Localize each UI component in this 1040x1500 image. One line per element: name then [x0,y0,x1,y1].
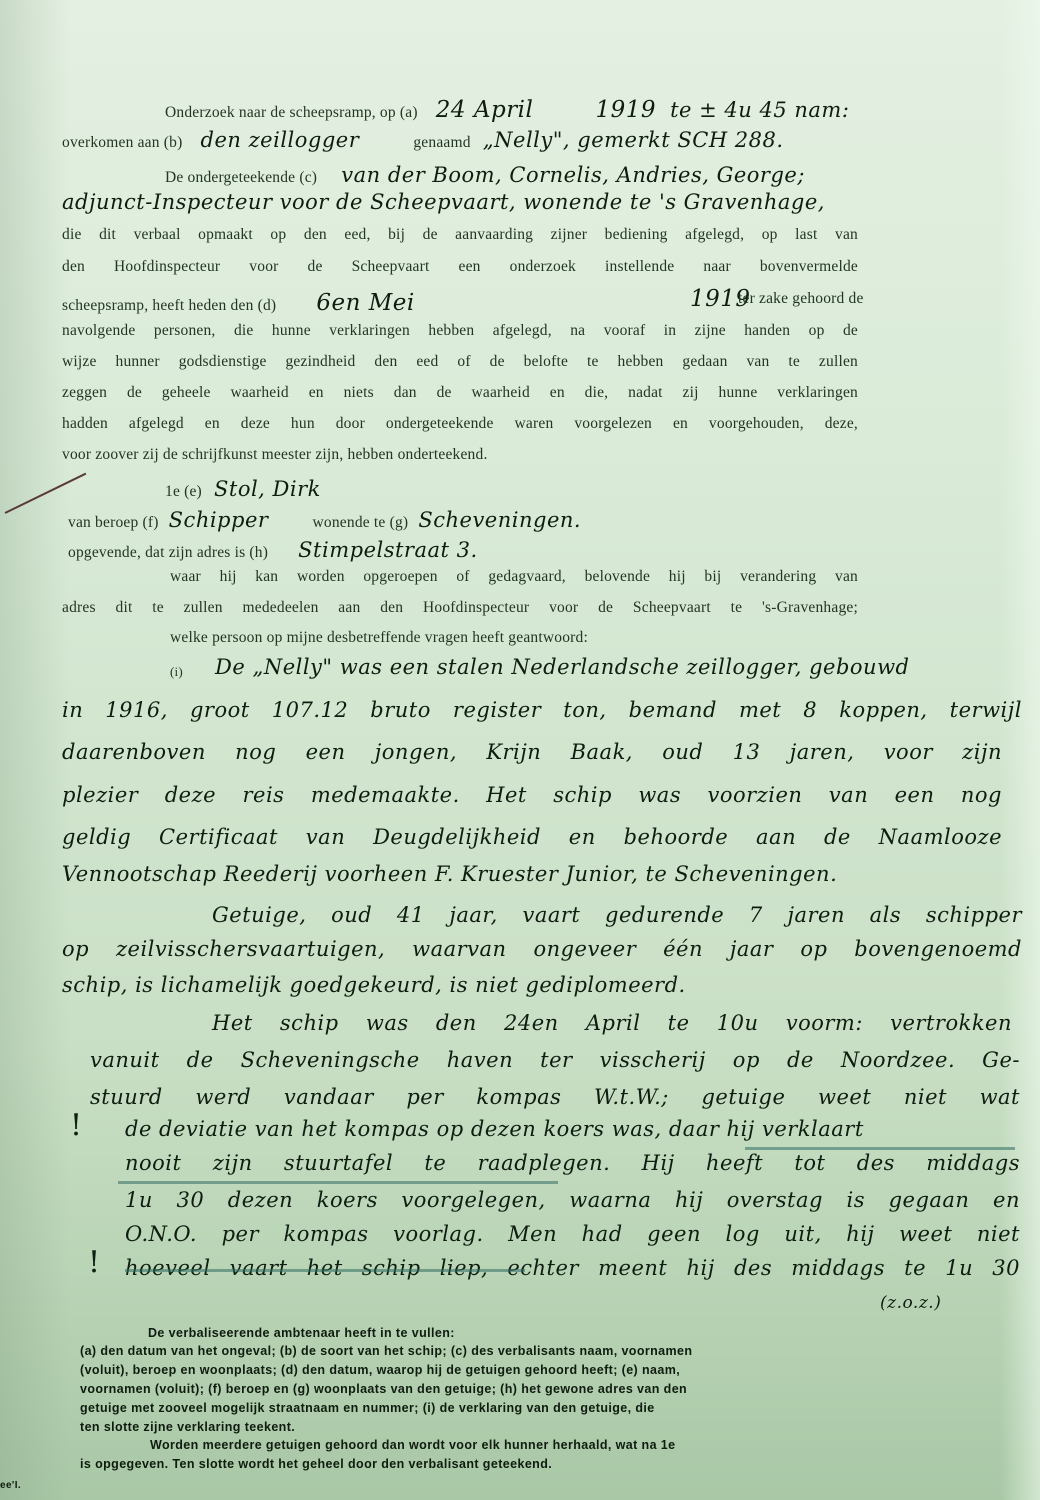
official-name: van der Boom, Cornelis, Andries, George; [341,163,805,187]
incident-date-label: Onderzoek naar de scheepsramp, op (a) [165,104,418,121]
official-role: adjunct-Inspecteur voor de Scheepvaart, … [62,190,825,214]
summons-line-3: welke persoon op mijne desbetreffende vr… [170,629,588,647]
witness-name-line: 1e (e) Stol, Dirk [165,477,321,501]
statement-line-3: daarenboven nog een jongen, Krijn Baak, … [62,740,1002,764]
incident-time: te ± 4u 45 nam: [670,98,849,122]
instructions-note-1: Worden meerdere getuigen gehoord dan wor… [150,1438,676,1452]
margin-exclamation-1: ! [70,1108,82,1143]
statement-line-12: stuurd werd vandaar per kompas W.t.W.; g… [90,1085,1020,1109]
hearing-date-line: scheepsramp, heeft heden den (d) 6en Mei… [62,290,858,316]
statement-line-13-text: de deviatie van het kompas op dezen koer… [125,1117,864,1141]
header-line-2: overkomen aan (b) den zeillogger genaamd… [62,128,784,152]
document-page: Onderzoek naar de scheepsramp, op (a) 24… [0,0,1040,1500]
statement-line-5: geldig Certificaat van Deugdelijkheid en… [62,825,1002,849]
summons-line-1: waar hij kan worden opgeroepen of gedagv… [170,568,858,586]
header-line-3: De ondergeteekende (c) van der Boom, Cor… [165,163,805,187]
official-label: De ondergeteekende (c) [165,169,317,186]
profession-label: van beroep (f) [68,514,159,531]
underline-2 [118,1180,558,1184]
hearing-date-label: scheepsramp, heeft heden den (d) [62,297,276,314]
underline-3 [125,1268,525,1272]
statement-line-7: Getuige, oud 41 jaar, vaart gedurende 7 … [212,903,1022,927]
instructions-heading: De verbaliseerende ambtenaar heeft in te… [148,1326,455,1340]
statement-line-11: vanuit de Scheveningsche haven ter vissc… [90,1048,1020,1072]
margin-exclamation-2: ! [88,1245,100,1280]
residence-label: wonende te (g) [313,514,409,531]
vessel-name-label: genaamd [413,134,470,151]
instructions-line-4: getuige met zooveel mogelijk straatnaam … [80,1401,655,1415]
instructions-line-3: voornamen (voluit); (f) beroep en (g) wo… [80,1382,687,1396]
statement-label: (i) [170,664,183,680]
statement-line-9: schip, is lichamelijk goedgekeurd, is ni… [62,973,686,997]
underline-1 [745,1146,1015,1150]
witness-profession-line: van beroep (f) Schipper wonende te (g) S… [68,508,581,532]
incident-year: 1919 [595,97,656,123]
witness-profession: Schipper [169,508,269,532]
summons-line-2: adres dit te zullen mededeelen aan den H… [62,599,858,617]
statement-line-4: plezier deze reis medemaakte. Het schip … [62,783,1002,807]
vessel-type-label: overkomen aan (b) [62,134,182,151]
witness-address: Stimpelstraat 3. [298,538,478,562]
hearing-date: 6en Mei [316,290,414,316]
address-label: opgevende, dat zijn adres is (h) [68,544,268,561]
statement-line-10: Het schip was den 24en April te 10u voor… [212,1011,1012,1035]
instructions-line-1: (a) den datum van het ongeval; (b) de so… [80,1344,692,1358]
oath-line-4: hadden afgelegd en deze hun door onderge… [62,415,858,433]
statement-line-13: de deviatie van het kompas op dezen koer… [125,1117,1025,1141]
oath-line-5: voor zoover zij de schrijfkunst meester … [62,446,488,464]
preamble-line-1: die dit verbaal opmaakt op den eed, bij … [62,226,858,244]
vessel-name: „Nelly", gemerkt SCH 288. [483,128,784,152]
preamble-line-2: den Hoofdinspecteur voor de Scheepvaart … [62,258,858,276]
turn-over-note: (z.o.z.) [880,1293,941,1313]
hearing-date-suffix: ter zake gehoord de [738,290,864,308]
header-line-1: Onderzoek naar de scheepsramp, op (a) 24… [165,97,849,123]
incident-date: 24 April [436,97,534,123]
instructions-note-2: is opgegeven. Ten slotte wordt het gehee… [80,1457,552,1471]
header-line-4: adjunct-Inspecteur voor de Scheepvaart, … [62,190,825,214]
oath-line-1: navolgende personen, die hunne verklarin… [62,322,858,340]
oath-line-3: zeggen de geheele waarheid en niets dan … [62,384,858,402]
witness-residence: Scheveningen. [418,508,581,532]
statement-line-8: op zeilvisschersvaartuigen, waarvan onge… [62,937,1022,961]
witness-name: Stol, Dirk [214,477,321,501]
statement-line-15: 1u 30 dezen koers voorgelegen, waarna hi… [125,1188,1020,1212]
witness-address-line: opgevende, dat zijn adres is (h) Stimpel… [68,538,478,562]
form-code: ee'I. [0,1480,21,1491]
statement-line-1: De „Nelly" was een stalen Nederlandsche … [215,655,910,679]
page-shadow-left [0,0,70,1500]
statement-line-6: Vennootschap Reederij voorheen F. Kruest… [62,862,837,886]
witness-number-label: 1e (e) [165,483,202,500]
instructions-line-5: ten slotte zijne verklaring teekent. [80,1420,295,1434]
instructions-line-2: (voluit), beroep en woonplaats; (d) den … [80,1363,680,1377]
vessel-type: den zeillogger [201,128,360,152]
statement-line-14: nooit zijn stuurtafel te raadplegen. Hij… [125,1151,1020,1175]
statement-line-2: in 1916, groot 107.12 bruto register ton… [62,698,1022,722]
statement-line-16: O.N.O. per kompas voorlag. Men had geen … [125,1222,1020,1246]
oath-line-2: wijze hunner godsdienstige gezindheid de… [62,353,858,371]
